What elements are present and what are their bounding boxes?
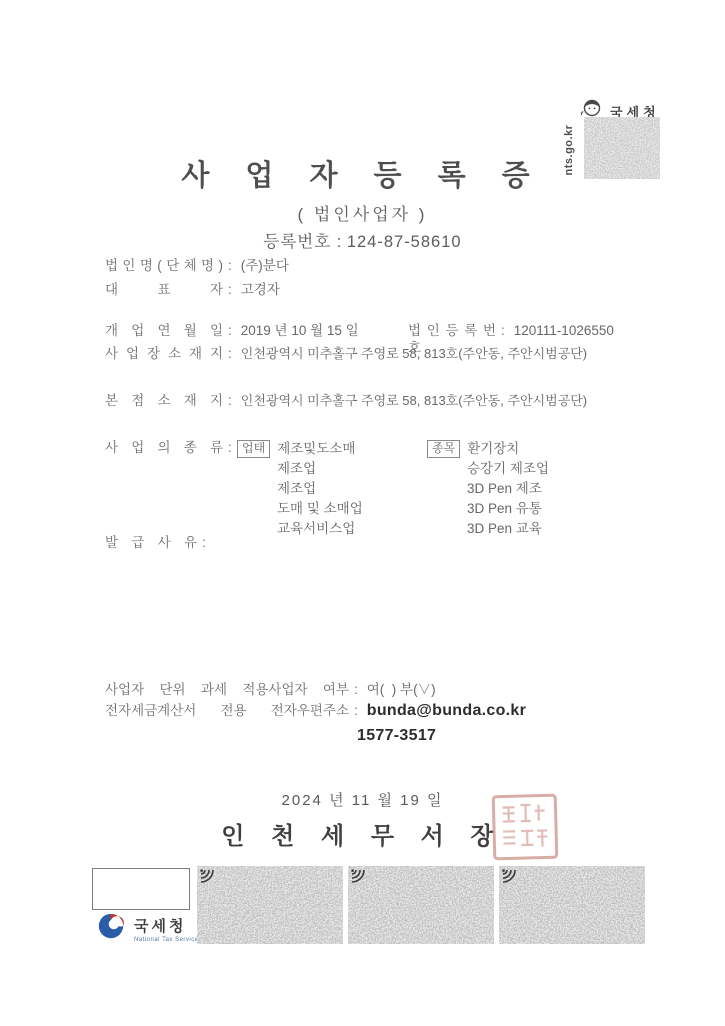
corp-name-label: 법 인 명 ( 단 체 명 ) <box>105 257 223 274</box>
field-e-tax-email: 전자세금계산서 전용 전자우편주소:bunda@bunda.co.kr <box>105 702 526 719</box>
uptae-column: 업태제조및도소매 제조업 제조업 도매 및 소매업 교육서비스업 <box>237 439 363 539</box>
uptae-item: 도매 및 소매업 <box>237 499 363 519</box>
business-registration-certificate: 국세청 nts.go.kr 사 업 자 등 록 증 ( 법인사업자 ) 등록번호… <box>0 0 725 1026</box>
representative-label: 대 표 자 <box>105 281 223 298</box>
corp-reg-no-value: 120111-1026550 <box>514 323 614 338</box>
corp-name-value: (주)분다 <box>241 258 289 273</box>
uptae-item: 교육서비스업 <box>237 519 363 539</box>
wave-mark-icon <box>350 868 366 889</box>
uptae-item: 제조및도소매 <box>277 439 355 459</box>
representative-value: 고경자 <box>241 282 280 297</box>
blank-label-box <box>92 868 190 910</box>
official-seal-stamp <box>491 793 559 866</box>
wave-mark-icon <box>199 868 215 889</box>
hq-address-value: 인천광역시 미추홀구 주영로 58, 813호(주안동, 주안시범공단) <box>241 393 587 408</box>
biz-address-value: 인천광역시 미추홀구 주영로 58, 813호(주안동, 주안시범공단) <box>241 346 587 361</box>
uptae-item: 제조업 <box>237 479 363 499</box>
wave-mark-icon <box>501 868 517 889</box>
field-open-date: 개 업 연 월 일:2019 년 10 월 15 일 법 인 등 록 번 호:1… <box>105 322 625 339</box>
data-barcode-1 <box>197 866 343 944</box>
jongmok-item: 3D Pen 제조 <box>427 479 549 499</box>
jongmok-item: 승강기 제조업 <box>427 459 549 479</box>
field-corp-name: 법 인 명 ( 단 체 명 ):(주)분다 <box>105 257 289 274</box>
nts-logo-subtext: National Tax Service <box>134 937 199 943</box>
jongmok-item: 3D Pen 교육 <box>427 519 549 539</box>
hq-address-label: 본 점 소 재 지 <box>105 392 223 409</box>
data-barcode-2 <box>348 866 494 944</box>
field-unit-taxation: 사업자 단위 과세 적용사업자 여부:여( ) 부(∨) <box>105 681 436 698</box>
field-business-type: 사 업 의 종 류: 업태제조및도소매 제조업 제조업 도매 및 소매업 교육서… <box>105 439 625 543</box>
nts-logo: 국세청 National Tax Service <box>96 911 199 946</box>
nts-logo-text: 국세청 <box>134 915 199 936</box>
uptae-item: 제조업 <box>237 459 363 479</box>
data-barcode-3 <box>499 866 645 944</box>
biz-address-label: 사 업 장 소 재 지 <box>105 345 223 362</box>
registration-number-label: 등록번호 : <box>263 233 342 251</box>
issue-reason-label: 발 급 사 유 <box>105 534 197 551</box>
open-date-label: 개 업 연 월 일 <box>105 322 223 339</box>
open-date-value: 2019 년 10 월 15 일 <box>241 323 359 338</box>
e-tax-email-label: 전자세금계산서 전용 전자우편주소 <box>105 702 349 719</box>
field-representative: 대 표 자:고경자 <box>105 281 280 298</box>
e-tax-email-value: bunda@bunda.co.kr <box>367 702 526 719</box>
field-hq-address: 본 점 소 재 지:인천광역시 미추홀구 주영로 58, 813호(주안동, 주… <box>105 392 587 409</box>
issuer-name: 인 천 세 무 서 장 <box>0 816 725 851</box>
jongmok-item: 3D Pen 유통 <box>427 499 549 519</box>
field-issue-reason: 발 급 사 유: <box>105 534 215 551</box>
issue-date: 2024 년 11 월 19 일 <box>0 789 725 810</box>
jongmok-header-box: 종목 <box>427 440 460 458</box>
nts-logo-mark-icon <box>96 911 126 946</box>
phone-number: 1577-3517 <box>357 727 436 745</box>
field-biz-address: 사 업 장 소 재 지:인천광역시 미추홀구 주영로 58, 813호(주안동,… <box>105 345 587 362</box>
uptae-header-box: 업태 <box>237 440 270 458</box>
document-title: 사 업 자 등 록 증 <box>181 160 543 192</box>
document-subtitle: ( 법인사업자 ) <box>298 205 428 224</box>
jongmok-item: 환기장치 <box>467 439 519 459</box>
unit-taxation-value: 여( ) 부(∨) <box>367 682 436 697</box>
unit-taxation-label: 사업자 단위 과세 적용사업자 여부 <box>105 681 349 698</box>
jongmok-column: 종목환기장치 승강기 제조업 3D Pen 제조 3D Pen 유통 3D Pe… <box>427 439 549 539</box>
business-type-label: 사 업 의 종 류 <box>105 439 223 456</box>
registration-number: 124-87-58610 <box>347 233 462 251</box>
